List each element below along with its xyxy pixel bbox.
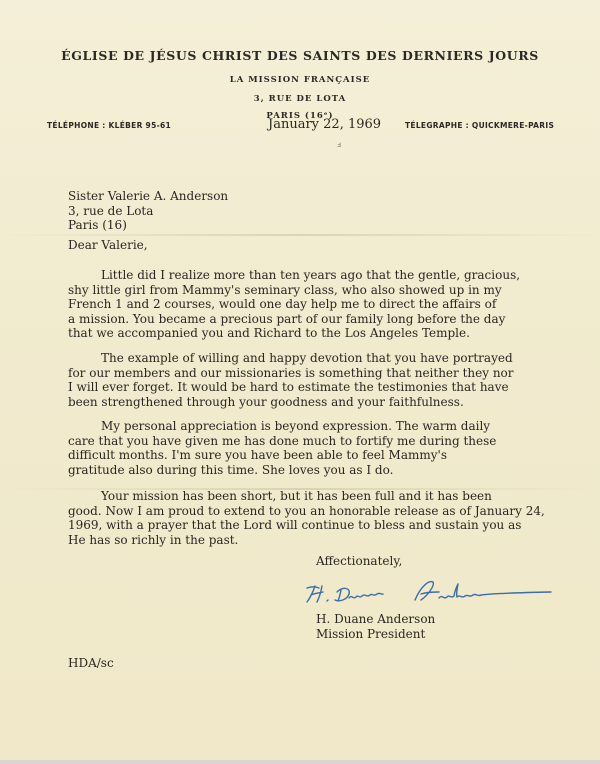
signer-name: H. Duane Anderson: [316, 612, 435, 627]
paragraph-line: I will ever forget. It would be hard to …: [68, 380, 588, 395]
body-paragraph: The example of willing and happy devotio…: [68, 351, 588, 409]
paragraph-line: 1969, with a prayer that the Lord will c…: [68, 518, 588, 533]
reference-initials: HDA/sc: [68, 656, 114, 671]
letterhead-telegraph: TÉLEGRAPHE : QUICKMERE-PARIS: [405, 121, 554, 130]
closing: Affectionately,: [316, 554, 402, 569]
recipient-address: Sister Valerie A. Anderson 3, rue de Lot…: [68, 189, 228, 233]
paragraph-line: difficult months. I'm sure you have been…: [68, 448, 588, 463]
paragraph-line: gratitude also during this time. She lov…: [68, 463, 588, 478]
paragraph-line: a mission. You became a precious part of…: [68, 312, 588, 327]
body-paragraph: My personal appreciation is beyond expre…: [68, 419, 588, 477]
paragraph-line: that we accompanied you and Richard to t…: [68, 326, 588, 341]
paragraph-line: care that you have given me has done muc…: [68, 434, 588, 449]
paragraph-line: Little did I realize more than ten years…: [68, 268, 588, 283]
scan-border: [0, 760, 600, 764]
body-paragraph: Little did I realize more than ten years…: [68, 268, 588, 341]
paragraph-line: The example of willing and happy devotio…: [68, 351, 588, 366]
letterhead-mission-name: LA MISSION FRANÇAISE: [0, 75, 600, 85]
letter-date: January 22, 1969: [268, 117, 381, 132]
recipient-line: Sister Valerie A. Anderson: [68, 189, 228, 204]
handwritten-signature: [303, 578, 573, 610]
recipient-line: Paris (16): [68, 218, 228, 233]
paragraph-line: shy little girl from Mammy's seminary cl…: [68, 283, 588, 298]
recipient-line: 3, rue de Lota: [68, 204, 228, 219]
signer-title: Mission President: [316, 627, 425, 642]
paragraph-line: My personal appreciation is beyond expre…: [68, 419, 588, 434]
fold-line: [0, 234, 600, 236]
letterhead-street: 3, RUE DE LOTA: [0, 94, 600, 104]
paper-mark: ⅎ: [337, 140, 341, 149]
paragraph-line: Your mission has been short, but it has …: [68, 489, 588, 504]
letterhead-church-name: ÉGLISE DE JÉSUS CHRIST DES SAINTS DES DE…: [0, 48, 600, 63]
paragraph-line: for our members and our missionaries is …: [68, 366, 588, 381]
letterhead-telephone: TÉLÉPHONE : KLÉBER 95-61: [47, 121, 171, 130]
salutation: Dear Valerie,: [68, 238, 148, 253]
body-paragraph: Your mission has been short, but it has …: [68, 489, 588, 547]
paragraph-line: been strengthened through your goodness …: [68, 395, 588, 410]
paragraph-line: He has so richly in the past.: [68, 533, 588, 548]
paragraph-line: French 1 and 2 courses, would one day he…: [68, 297, 588, 312]
paragraph-line: good. Now I am proud to extend to you an…: [68, 504, 588, 519]
